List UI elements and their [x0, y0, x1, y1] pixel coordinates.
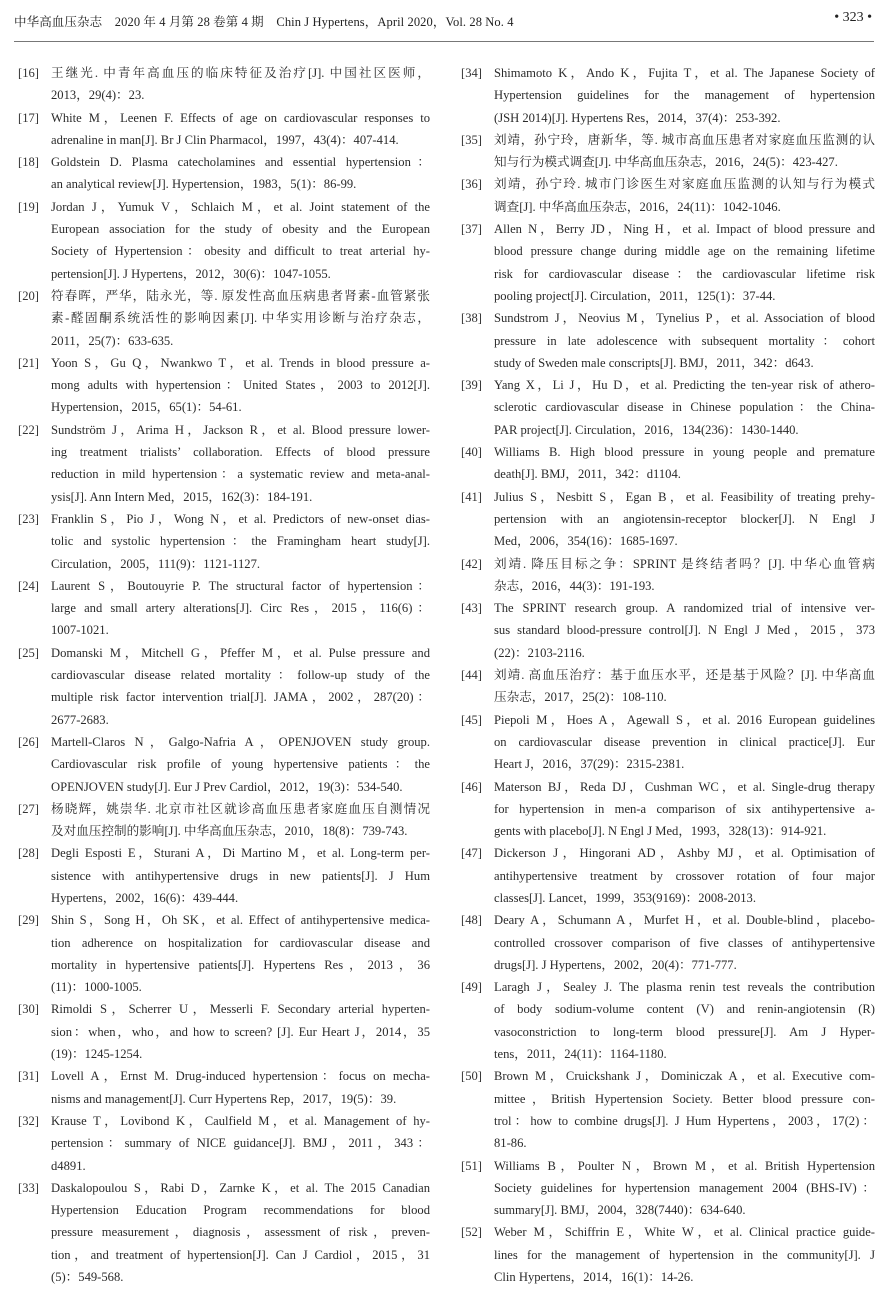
reference-number: [16] — [18, 62, 39, 84]
reference-line: Martell-Claros N，Galgo-Nafria A，OPENJOVE… — [51, 731, 430, 753]
reference-line: (5)：549-568. — [51, 1266, 430, 1288]
reference-line: ing treatment trialists’ collaboration. … — [51, 441, 430, 463]
reference-line: tion，and treatment of hypertension[J]. C… — [51, 1244, 430, 1266]
reference-line: Hypertens，2002，16(6)：439-444. — [51, 887, 430, 909]
reference-line: Med，2006，354(16)：1685-1697. — [494, 530, 875, 552]
reference-line: pooling project[J]. Circulation，2011，125… — [494, 285, 875, 307]
reference-number: [48] — [461, 909, 482, 931]
journal-info: 中华高血压杂志 2020 年 4 月第 28 卷第 4 期 Chin J Hyp… — [14, 12, 514, 30]
reference-text: White M，Leenen F. Effects of age on card… — [51, 107, 430, 152]
reference-line: trol：how to combine drugs[J]. J Hum Hype… — [494, 1110, 875, 1132]
reference-line: Rimoldi S，Scherrer U，Messerli F. Seconda… — [51, 998, 430, 1020]
reference-line: (22)：2103-2116. — [494, 642, 875, 664]
reference-item: [23]Franklin S，Pio J，Wong N，et al. Predi… — [18, 508, 430, 575]
reference-number: [18] — [18, 151, 39, 173]
reference-number: [39] — [461, 374, 482, 396]
reference-line: pertension with an angiotensin-receptor … — [494, 508, 875, 530]
reference-line: Piepoli M，Hoes A，Agewall S，et al. 2016 E… — [494, 709, 875, 731]
reference-text: Daskalopoulou S，Rabi D，Zarnke K，et al. T… — [51, 1177, 430, 1288]
reference-line: on cardiovascular disease prevention in … — [494, 731, 875, 753]
reference-number: [29] — [18, 909, 39, 931]
reference-line: Shin S，Song H，Oh SK，et al. Effect of ant… — [51, 909, 430, 931]
reference-text: 符春晖，严华，陆永光，等. 原发性高血压病患者肾素-血管紧张素-醛固酮系统活性的… — [51, 285, 430, 352]
reference-line: (JSH 2014)[J]. Hypertens Res，2014，37(4)：… — [494, 107, 875, 129]
reference-line: 调查[J]. 中华高血压杂志，2016，24(11)：1042-1046. — [494, 196, 875, 218]
reference-line: 1007-1021. — [51, 619, 430, 641]
reference-number: [25] — [18, 642, 39, 664]
reference-line: 2013，29(4)：23. — [51, 84, 430, 106]
reference-line: tion adherence on hospitalization for ca… — [51, 932, 430, 954]
reference-line: 及对血压控制的影响[J]. 中华高血压杂志，2010，18(8)：739-743… — [51, 820, 430, 842]
reference-item: [38]Sundstrom J，Neovius M，Tynelius P，et … — [461, 307, 875, 374]
reference-number: [40] — [461, 441, 482, 463]
reference-line: 2677-2683. — [51, 709, 430, 731]
reference-item: [43]The SPRINT research group. A randomi… — [461, 597, 875, 664]
reference-line: pressure measurement，diagnosis，assessmen… — [51, 1221, 430, 1243]
reference-text: Materson BJ，Reda DJ，Cushman WC，et al. Si… — [494, 776, 875, 843]
reference-line: OPENJOVEN study[J]. Eur J Prev Cardiol，2… — [51, 776, 430, 798]
reference-column-left: [16]王继光. 中青年高血压的临床特征及治疗[J]. 中国社区医师，2013，… — [18, 62, 430, 1288]
reference-line: risk for cardiovascular disease：the card… — [494, 263, 875, 285]
reference-number: [51] — [461, 1155, 482, 1177]
reference-text: Shimamoto K，Ando K，Fujita T，et al. The J… — [494, 62, 875, 129]
reference-line: Brown M，Cruickshank J，Dominiczak A，et al… — [494, 1065, 875, 1087]
reference-item: [25]Domanski M，Mitchell G，Pfeffer M，et a… — [18, 642, 430, 731]
reference-number: [28] — [18, 842, 39, 864]
reference-line: of body sodium-volume content (V) and re… — [494, 998, 875, 1020]
reference-line: 王继光. 中青年高血压的临床特征及治疗[J]. 中国社区医师， — [51, 62, 430, 84]
reference-text: 刘靖，孙宁玲，唐新华，等. 城市高血压患者对家庭血压监测的认知与行为模式调查[J… — [494, 129, 875, 174]
reference-number: [21] — [18, 352, 39, 374]
reference-line: Daskalopoulou S，Rabi D，Zarnke K，et al. T… — [51, 1177, 430, 1199]
reference-item: [44]刘靖. 高血压治疗：基于血压水平，还是基于风险？[J]. 中华高血压杂志… — [461, 664, 875, 709]
reference-line: mittee，British Hypertension Society. Bet… — [494, 1088, 875, 1110]
reference-line: antihypertensive treatment by crossover … — [494, 865, 875, 887]
reference-text: Goldstein D. Plasma catecholamines and e… — [51, 151, 430, 196]
reference-line: for hypertension in men-a comparison of … — [494, 798, 875, 820]
reference-line: sclerotic cardiovascular disease in Chin… — [494, 396, 875, 418]
reference-line: Materson BJ，Reda DJ，Cushman WC，et al. Si… — [494, 776, 875, 798]
reference-number: [50] — [461, 1065, 482, 1087]
reference-line: cardiovascular disease related mortality… — [51, 664, 430, 686]
reference-line: 符春晖，严华，陆永光，等. 原发性高血压病患者肾素-血管紧张 — [51, 285, 430, 307]
reference-line: tens，2011，24(11)：1164-1180. — [494, 1043, 875, 1065]
reference-number: [31] — [18, 1065, 39, 1087]
reference-line: Society guidelines for hypertension mana… — [494, 1177, 875, 1199]
reference-line: Franklin S，Pio J，Wong N，et al. Predictor… — [51, 508, 430, 530]
reference-item: [18]Goldstein D. Plasma catecholamines a… — [18, 151, 430, 196]
reference-line: 杂志，2016，44(3)：191-193. — [494, 575, 875, 597]
reference-number: [52] — [461, 1221, 482, 1243]
reference-line: 刘靖. 高血压治疗：基于血压水平，还是基于风险？[J]. 中华高血 — [494, 664, 875, 686]
reference-line: 刘靖，孙宁玲. 城市门诊医生对家庭血压监测的认知与行为模式 — [494, 173, 875, 195]
reference-text: Julius S，Nesbitt S，Egan B，et al. Feasibi… — [494, 486, 875, 553]
reference-text: 刘靖. 降压目标之争：SPRINT 是终结者吗？[J]. 中华心血管病杂志，20… — [494, 553, 875, 598]
reference-text: The SPRINT research group. A randomized … — [494, 597, 875, 664]
reference-number: [45] — [461, 709, 482, 731]
reference-text: Laurent S，Boutouyrie P. The structural f… — [51, 575, 430, 642]
reference-number: [41] — [461, 486, 482, 508]
header-rule — [14, 41, 874, 42]
reference-item: [49]Laragh J，Sealey J. The plasma renin … — [461, 976, 875, 1065]
reference-line: summary[J]. BMJ，2004，328(7440)：634-640. — [494, 1199, 875, 1221]
reference-line: adrenaline in man[J]. Br J Clin Pharmaco… — [51, 129, 430, 151]
reference-line: Yoon S，Gu Q，Nwankwo T，et al. Trends in b… — [51, 352, 430, 374]
reference-line: Hypertension Education Program recommend… — [51, 1199, 430, 1221]
reference-text: Williams B，Poulter N，Brown M，et al. Brit… — [494, 1155, 875, 1222]
reference-text: Allen N，Berry JD，Ning H，et al. Impact of… — [494, 218, 875, 307]
reference-line: gents with placebo[J]. N Engl J Med，1993… — [494, 820, 875, 842]
running-header: 中华高血压杂志 2020 年 4 月第 28 卷第 4 期 Chin J Hyp… — [14, 8, 874, 34]
reference-item: [41]Julius S，Nesbitt S，Egan B，et al. Fea… — [461, 486, 875, 553]
page-number: • 323 • — [834, 10, 872, 26]
reference-number: [19] — [18, 196, 39, 218]
reference-number: [46] — [461, 776, 482, 798]
reference-number: [27] — [18, 798, 39, 820]
reference-line: Allen N，Berry JD，Ning H，et al. Impact of… — [494, 218, 875, 240]
reference-text: 杨晓辉，姚崇华. 北京市社区就诊高血压患者家庭血压自测情况及对血压控制的影响[J… — [51, 798, 430, 843]
reference-item: [45]Piepoli M，Hoes A，Agewall S，et al. 20… — [461, 709, 875, 776]
reference-text: Laragh J，Sealey J. The plasma renin test… — [494, 976, 875, 1065]
reference-item: [32]Krause T，Lovibond K，Caulfield M，et a… — [18, 1110, 430, 1177]
reference-line: 2011，25(7)：633-635. — [51, 330, 430, 352]
reference-number: [47] — [461, 842, 482, 864]
reference-item: [26]Martell-Claros N，Galgo-Nafria A，OPEN… — [18, 731, 430, 798]
reference-item: [31]Lovell A，Ernst M. Drug-induced hyper… — [18, 1065, 430, 1110]
reference-line: Domanski M，Mitchell G，Pfeffer M，et al. P… — [51, 642, 430, 664]
reference-line: lines for the management of hypertension… — [494, 1244, 875, 1266]
reference-item: [29]Shin S，Song H，Oh SK，et al. Effect of… — [18, 909, 430, 998]
reference-number: [37] — [461, 218, 482, 240]
reference-item: [52]Weber M，Schiffrin E，White W，et al. C… — [461, 1221, 875, 1288]
reference-line: pressure in late adolescence with subseq… — [494, 330, 875, 352]
reference-line: 刘靖，孙宁玲，唐新华，等. 城市高血压患者对家庭血压监测的认 — [494, 129, 875, 151]
reference-line: Williams B. High blood pressure in young… — [494, 441, 875, 463]
reference-line: 知与行为模式调查[J]. 中华高血压杂志，2016，24(5)：423-427. — [494, 151, 875, 173]
reference-text: Domanski M，Mitchell G，Pfeffer M，et al. P… — [51, 642, 430, 731]
reference-line: Weber M，Schiffrin E，White W，et al. Clini… — [494, 1221, 875, 1243]
reference-line: Julius S，Nesbitt S，Egan B，et al. Feasibi… — [494, 486, 875, 508]
reference-line: 刘靖. 降压目标之争：SPRINT 是终结者吗？[J]. 中华心血管病 — [494, 553, 875, 575]
reference-item: [51]Williams B，Poulter N，Brown M，et al. … — [461, 1155, 875, 1222]
reference-text: Sundström J，Arima H，Jackson R，et al. Blo… — [51, 419, 430, 508]
reference-line: Heart J，2016，37(29)：2315-2381. — [494, 753, 875, 775]
reference-item: [16]王继光. 中青年高血压的临床特征及治疗[J]. 中国社区医师，2013，… — [18, 62, 430, 107]
reference-line: PAR project[J]. Circulation，2016，134(236… — [494, 419, 875, 441]
reference-line: Sundstrom J，Neovius M，Tynelius P，et al. … — [494, 307, 875, 329]
reference-item: [34]Shimamoto K，Ando K，Fujita T，et al. T… — [461, 62, 875, 129]
reference-number: [24] — [18, 575, 39, 597]
reference-item: [48]Deary A，Schumann A，Murfet H，et al. D… — [461, 909, 875, 976]
reference-line: death[J]. BMJ，2011，342：d1104. — [494, 463, 875, 485]
reference-line: Goldstein D. Plasma catecholamines and e… — [51, 151, 430, 173]
reference-item: [17]White M，Leenen F. Effects of age on … — [18, 107, 430, 152]
reference-line: ysis[J]. Ann Intern Med，2015，162(3)：184-… — [51, 486, 430, 508]
reference-line: 81-86. — [494, 1132, 875, 1154]
reference-line: mong adults with hypertension：United Sta… — [51, 374, 430, 396]
reference-number: [34] — [461, 62, 482, 84]
reference-line: pertension[J]. J Hypertens，2012，30(6)：10… — [51, 263, 430, 285]
reference-column-right: [34]Shimamoto K，Ando K，Fujita T，et al. T… — [461, 62, 875, 1288]
reference-item: [39]Yang X，Li J，Hu D，et al. Predicting t… — [461, 374, 875, 441]
reference-text: Dickerson J，Hingorani AD，Ashby MJ，et al.… — [494, 842, 875, 909]
reference-line: (11)：1000-1005. — [51, 976, 430, 998]
reference-item: [42]刘靖. 降压目标之争：SPRINT 是终结者吗？[J]. 中华心血管病杂… — [461, 553, 875, 598]
reference-item: [46]Materson BJ，Reda DJ，Cushman WC，et al… — [461, 776, 875, 843]
reference-line: an analytical review[J]. Hypertension，19… — [51, 173, 430, 195]
reference-line: Degli Esposti E，Sturani A，Di Martino M，e… — [51, 842, 430, 864]
reference-item: [27]杨晓辉，姚崇华. 北京市社区就诊高血压患者家庭血压自测情况及对血压控制的… — [18, 798, 430, 843]
reference-line: multiple risk factor intervention trial[… — [51, 686, 430, 708]
reference-line: reduction in mild hypertension：a systema… — [51, 463, 430, 485]
reference-number: [22] — [18, 419, 39, 441]
reference-item: [28]Degli Esposti E，Sturani A，Di Martino… — [18, 842, 430, 909]
reference-item: [47]Dickerson J，Hingorani AD，Ashby MJ，et… — [461, 842, 875, 909]
reference-line: Laragh J，Sealey J. The plasma renin test… — [494, 976, 875, 998]
reference-line: Deary A，Schumann A，Murfet H，et al. Doubl… — [494, 909, 875, 931]
reference-number: [26] — [18, 731, 39, 753]
reference-line: sus standard blood-pressure control[J]. … — [494, 619, 875, 641]
reference-text: Krause T，Lovibond K，Caulfield M，et al. M… — [51, 1110, 430, 1177]
reference-text: Weber M，Schiffrin E，White W，et al. Clini… — [494, 1221, 875, 1288]
reference-text: Yang X，Li J，Hu D，et al. Predicting the t… — [494, 374, 875, 441]
reference-text: Degli Esposti E，Sturani A，Di Martino M，e… — [51, 842, 430, 909]
reference-item: [50]Brown M，Cruickshank J，Dominiczak A，e… — [461, 1065, 875, 1154]
reference-number: [23] — [18, 508, 39, 530]
reference-text: Franklin S，Pio J，Wong N，et al. Predictor… — [51, 508, 430, 575]
reference-line: 压杂志，2017，25(2)：108-110. — [494, 686, 875, 708]
reference-item: [22]Sundström J，Arima H，Jackson R，et al.… — [18, 419, 430, 508]
reference-number: [42] — [461, 553, 482, 575]
reference-line: Yang X，Li J，Hu D，et al. Predicting the t… — [494, 374, 875, 396]
reference-item: [24]Laurent S，Boutouyrie P. The structur… — [18, 575, 430, 642]
reference-text: Williams B. High blood pressure in young… — [494, 441, 875, 486]
reference-item: [19]Jordan J，Yumuk V，Schlaich M，et al. J… — [18, 196, 430, 285]
reference-line: Williams B，Poulter N，Brown M，et al. Brit… — [494, 1155, 875, 1177]
reference-line: 杨晓辉，姚崇华. 北京市社区就诊高血压患者家庭血压自测情况 — [51, 798, 430, 820]
reference-item: [30]Rimoldi S，Scherrer U，Messerli F. Sec… — [18, 998, 430, 1065]
reference-line: Hypertension guidelines for the manageme… — [494, 84, 875, 106]
reference-line: Dickerson J，Hingorani AD，Ashby MJ，et al.… — [494, 842, 875, 864]
reference-text: Deary A，Schumann A，Murfet H，et al. Doubl… — [494, 909, 875, 976]
reference-number: [38] — [461, 307, 482, 329]
reference-text: Yoon S，Gu Q，Nwankwo T，et al. Trends in b… — [51, 352, 430, 419]
reference-line: tolic and systolic hypertension：the Fram… — [51, 530, 430, 552]
reference-number: [17] — [18, 107, 39, 129]
reference-line: large and small artery alterations[J]. C… — [51, 597, 430, 619]
reference-number: [43] — [461, 597, 482, 619]
reference-line: (19)：1245-1254. — [51, 1043, 430, 1065]
reference-text: Piepoli M，Hoes A，Agewall S，et al. 2016 E… — [494, 709, 875, 776]
reference-number: [35] — [461, 129, 482, 151]
reference-item: [37]Allen N，Berry JD，Ning H，et al. Impac… — [461, 218, 875, 307]
reference-line: controlled crossover comparison of five … — [494, 932, 875, 954]
reference-text: Sundstrom J，Neovius M，Tynelius P，et al. … — [494, 307, 875, 374]
reference-line: sion：when，who，and how to screen? [J]. Eu… — [51, 1021, 430, 1043]
reference-text: 刘靖. 高血压治疗：基于血压水平，还是基于风险？[J]. 中华高血压杂志，201… — [494, 664, 875, 709]
reference-number: [32] — [18, 1110, 39, 1132]
reference-line: study of Sweden male conscripts[J]. BMJ，… — [494, 352, 875, 374]
reference-line: sistence with antihypertensive drugs in … — [51, 865, 430, 887]
reference-text: Jordan J，Yumuk V，Schlaich M，et al. Joint… — [51, 196, 430, 285]
reference-text: Shin S，Song H，Oh SK，et al. Effect of ant… — [51, 909, 430, 998]
reference-line: 素-醛固酮系统活性的影响因素[J]. 中华实用诊断与治疗杂志， — [51, 307, 430, 329]
reference-line: d4891. — [51, 1155, 430, 1177]
reference-line: White M，Leenen F. Effects of age on card… — [51, 107, 430, 129]
reference-line: nisms and management[J]. Curr Hypertens … — [51, 1088, 430, 1110]
reference-line: vasoconstriction to long-term blood pres… — [494, 1021, 875, 1043]
reference-line: blood pressure change during middle age … — [494, 240, 875, 262]
reference-line: The SPRINT research group. A randomized … — [494, 597, 875, 619]
reference-number: [36] — [461, 173, 482, 195]
reference-line: Shimamoto K，Ando K，Fujita T，et al. The J… — [494, 62, 875, 84]
reference-text: 王继光. 中青年高血压的临床特征及治疗[J]. 中国社区医师，2013，29(4… — [51, 62, 430, 107]
reference-item: [35]刘靖，孙宁玲，唐新华，等. 城市高血压患者对家庭血压监测的认知与行为模式… — [461, 129, 875, 174]
reference-item: [20]符春晖，严华，陆永光，等. 原发性高血压病患者肾素-血管紧张素-醛固酮系… — [18, 285, 430, 352]
reference-number: [30] — [18, 998, 39, 1020]
reference-line: pertension：summary of NICE guidance[J]. … — [51, 1132, 430, 1154]
reference-item: [36]刘靖，孙宁玲. 城市门诊医生对家庭血压监测的认知与行为模式调查[J]. … — [461, 173, 875, 218]
reference-text: Rimoldi S，Scherrer U，Messerli F. Seconda… — [51, 998, 430, 1065]
reference-number: [49] — [461, 976, 482, 998]
reference-line: drugs[J]. J Hypertens，2002，20(4)：771-777… — [494, 954, 875, 976]
reference-line: Society of Hypertension：obesity and diff… — [51, 240, 430, 262]
reference-line: Sundström J，Arima H，Jackson R，et al. Blo… — [51, 419, 430, 441]
reference-item: [40]Williams B. High blood pressure in y… — [461, 441, 875, 486]
reference-text: Brown M，Cruickshank J，Dominiczak A，et al… — [494, 1065, 875, 1154]
reference-item: [33]Daskalopoulou S，Rabi D，Zarnke K，et a… — [18, 1177, 430, 1288]
reference-line: Lovell A，Ernst M. Drug-induced hypertens… — [51, 1065, 430, 1087]
reference-line: Clin Hypertens，2014，16(1)：14-26. — [494, 1266, 875, 1288]
reference-number: [33] — [18, 1177, 39, 1199]
reference-line: Krause T，Lovibond K，Caulfield M，et al. M… — [51, 1110, 430, 1132]
reference-line: Cardiovascular risk profile of young hyp… — [51, 753, 430, 775]
reference-line: European association for the study of ob… — [51, 218, 430, 240]
reference-text: Martell-Claros N，Galgo-Nafria A，OPENJOVE… — [51, 731, 430, 798]
reference-item: [21]Yoon S，Gu Q，Nwankwo T，et al. Trends … — [18, 352, 430, 419]
reference-line: classes[J]. Lancet，1999，353(9169)：2008-2… — [494, 887, 875, 909]
reference-line: Laurent S，Boutouyrie P. The structural f… — [51, 575, 430, 597]
reference-line: mortality in hypertensive patients[J]. H… — [51, 954, 430, 976]
reference-line: Circulation，2005，111(9)：1121-1127. — [51, 553, 430, 575]
reference-line: Hypertension，2015，65(1)：54-61. — [51, 396, 430, 418]
reference-number: [44] — [461, 664, 482, 686]
reference-text: Lovell A，Ernst M. Drug-induced hypertens… — [51, 1065, 430, 1110]
reference-text: 刘靖，孙宁玲. 城市门诊医生对家庭血压监测的认知与行为模式调查[J]. 中华高血… — [494, 173, 875, 218]
reference-line: Jordan J，Yumuk V，Schlaich M，et al. Joint… — [51, 196, 430, 218]
reference-number: [20] — [18, 285, 39, 307]
